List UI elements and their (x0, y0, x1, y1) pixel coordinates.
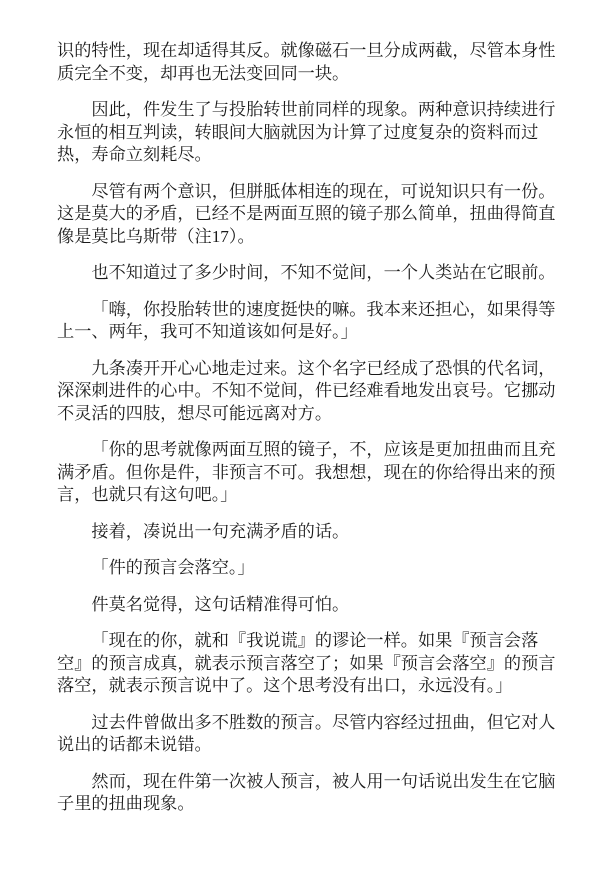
narration-paragraph: 然而，现在件第一次被人预言，被人用一句话说出发生在它脑 子里的扭曲现象。 (57, 771, 558, 816)
narration-paragraph: 件莫名觉得，这句话精准得可怕。 (57, 594, 558, 617)
dialogue-paragraph: 「嗨，你投胎转世的速度挺快的嘛。我本来还担心，如果得等 上一、两年，我可不知道该… (57, 299, 558, 344)
text-block: 识的特性，现在却适得其反。就像磁石一旦分成两截，尽管本身性 质完全不变，却再也无… (57, 40, 558, 816)
narration-paragraph: 因此，件发生了与投胎转世前同样的现象。两种意识持续进行 永恒的相互判读，转眼间大… (57, 99, 558, 167)
narration-paragraph: 识的特性，现在却适得其反。就像磁石一旦分成两截，尽管本身性 质完全不变，却再也无… (57, 40, 558, 85)
narration-paragraph: 也不知道过了多少时间，不知不觉间，一个人类站在它眼前。 (57, 262, 558, 285)
dialogue-paragraph: 「件的预言会落空。」 (57, 557, 558, 580)
narration-paragraph: 过去件曾做出多不胜数的预言。尽管内容经过扭曲，但它对人 说出的话都未说错。 (57, 712, 558, 757)
dialogue-paragraph: 「现在的你，就和『我说谎』的谬论一样。如果『预言会落 空』的预言成真，就表示预言… (57, 630, 558, 698)
narration-paragraph: 尽管有两个意识，但胼胝体相连的现在，可说知识只有一份。 这是莫大的矛盾，已经不是… (57, 181, 558, 249)
dialogue-paragraph: 「你的思考就像两面互照的镜子，不，应该是更加扭曲而且充 满矛盾。但你是件，非预言… (57, 439, 558, 507)
narration-paragraph: 九条凑开开心心地走过来。这个名字已经成了恐惧的代名词， 深深刺进件的心中。不知不… (57, 358, 558, 426)
book-page: 识的特性，现在却适得其反。就像磁石一旦分成两截，尽管本身性 质完全不变，却再也无… (0, 0, 613, 869)
narration-paragraph: 接着，凑说出一句充满矛盾的话。 (57, 521, 558, 544)
